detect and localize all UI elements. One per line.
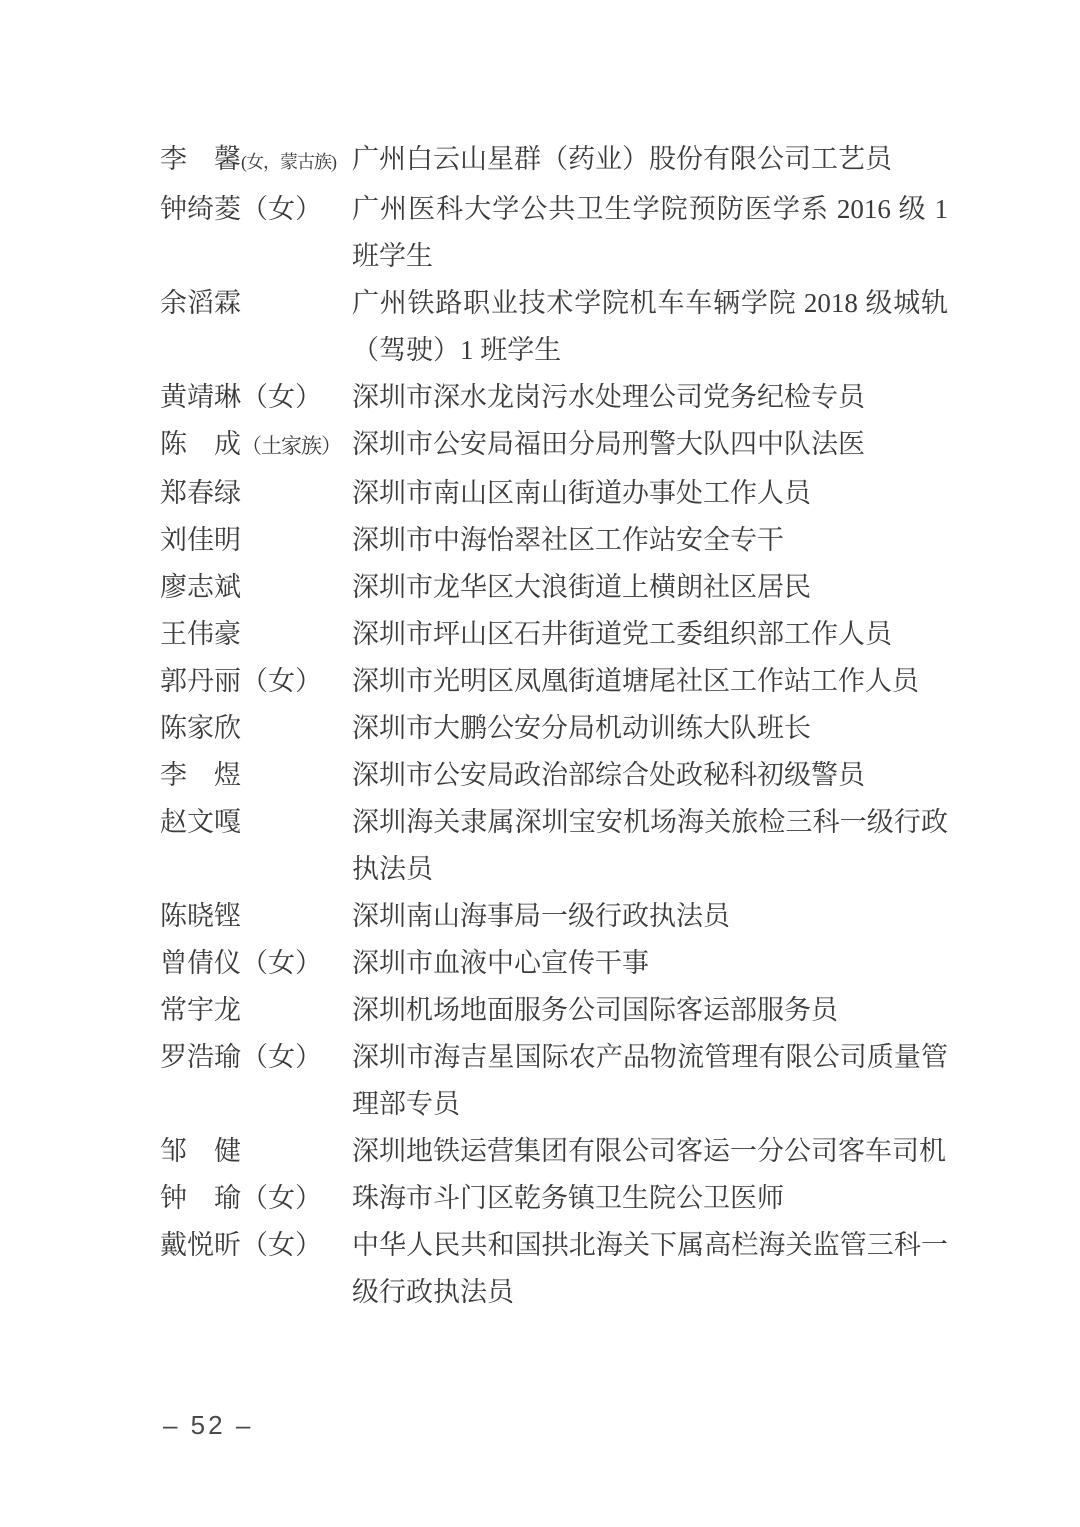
person-name-text: 邹 健 xyxy=(160,1136,241,1166)
person-annotation: （土家族） xyxy=(241,434,341,458)
person-name-text: 李 馨 xyxy=(160,144,241,174)
list-item: 李 馨(女，蒙古族) 广州白云山星群（药业）股份有限公司工艺员 xyxy=(160,136,950,186)
person-title: 深圳地铁运营集团有限公司客运一分公司客车司机 xyxy=(352,1128,948,1175)
person-name-text: 陈 成 xyxy=(160,429,241,459)
person-title: 深圳市大鹏公安分局机动训练大队班长 xyxy=(352,705,948,752)
list-item: 钟绮菱（女） 广州医科大学公共卫生学院预防医学系 2016 级 1 班学生 xyxy=(160,186,950,280)
person-name-text: 钟 瑜 xyxy=(160,1183,241,1213)
list-item: 邹 健 深圳地铁运营集团有限公司客运一分公司客车司机 xyxy=(160,1128,950,1175)
recipient-list: 李 馨(女，蒙古族) 广州白云山星群（药业）股份有限公司工艺员 钟绮菱（女） 广… xyxy=(160,136,950,1316)
list-item: 郑春绿 深圳市南山区南山街道办事处工作人员 xyxy=(160,470,950,517)
person-title: 深圳市深水龙岗污水处理公司党务纪检专员 xyxy=(352,374,948,421)
person-name: 郭丹丽（女） xyxy=(160,658,352,705)
person-title: 深圳市中海怡翠社区工作站安全专干 xyxy=(352,517,948,564)
list-item: 陈家欣 深圳市大鹏公安分局机动训练大队班长 xyxy=(160,705,950,752)
person-title: 广州医科大学公共卫生学院预防医学系 2016 级 1 班学生 xyxy=(352,186,948,280)
list-item: 戴悦昕（女） 中华人民共和国拱北海关下属高栏海关监管三科一级行政执法员 xyxy=(160,1222,950,1316)
list-item: 余滔霖 广州铁路职业技术学院机车车辆学院 2018 级城轨（驾驶）1 班学生 xyxy=(160,280,950,374)
person-name-text: 罗浩瑜 xyxy=(160,1042,241,1072)
person-title: 广州铁路职业技术学院机车车辆学院 2018 级城轨（驾驶）1 班学生 xyxy=(352,280,948,374)
list-item: 王伟豪 深圳市坪山区石井街道党工委组织部工作人员 xyxy=(160,611,950,658)
person-name: 罗浩瑜（女） xyxy=(160,1034,352,1081)
person-name: 陈家欣 xyxy=(160,705,352,752)
person-name-text: 常宇龙 xyxy=(160,995,241,1025)
person-name: 余滔霖 xyxy=(160,280,352,327)
person-name: 常宇龙 xyxy=(160,987,352,1034)
person-name: 李 馨(女，蒙古族) xyxy=(160,136,352,186)
person-name: 王伟豪 xyxy=(160,611,352,658)
person-name-text: 钟绮菱 xyxy=(160,194,241,224)
list-item: 陈晓铿 深圳南山海事局一级行政执法员 xyxy=(160,893,950,940)
list-item: 钟 瑜（女） 珠海市斗门区乾务镇卫生院公卫医师 xyxy=(160,1175,950,1222)
person-name: 郑春绿 xyxy=(160,470,352,517)
list-item: 罗浩瑜（女） 深圳市海吉星国际农产品物流管理有限公司质量管理部专员 xyxy=(160,1034,950,1128)
person-annotation: （女） xyxy=(241,194,322,224)
list-item: 赵文嘎 深圳海关隶属深圳宝安机场海关旅检三科一级行政执法员 xyxy=(160,799,950,893)
list-item: 刘佳明 深圳市中海怡翠社区工作站安全专干 xyxy=(160,517,950,564)
person-title: 深圳市坪山区石井街道党工委组织部工作人员 xyxy=(352,611,948,658)
person-name: 邹 健 xyxy=(160,1128,352,1175)
person-name-text: 李 煜 xyxy=(160,760,241,790)
person-name-text: 黄靖琳 xyxy=(160,382,241,412)
person-annotation: （女） xyxy=(241,382,322,412)
person-name: 曾倩仪（女） xyxy=(160,940,352,987)
person-annotation: （女） xyxy=(241,666,322,696)
person-name-text: 戴悦昕 xyxy=(160,1230,241,1260)
person-title: 深圳市光明区凤凰街道塘尾社区工作站工作人员 xyxy=(352,658,948,705)
person-title: 深圳南山海事局一级行政执法员 xyxy=(352,893,948,940)
person-title: 深圳海关隶属深圳宝安机场海关旅检三科一级行政执法员 xyxy=(352,799,948,893)
person-name-text: 郭丹丽 xyxy=(160,666,241,696)
person-name: 钟绮菱（女） xyxy=(160,186,352,233)
person-name-text: 曾倩仪 xyxy=(160,948,241,978)
person-name: 陈晓铿 xyxy=(160,893,352,940)
list-item: 廖志斌 深圳市龙华区大浪街道上横朗社区居民 xyxy=(160,564,950,611)
person-name: 戴悦昕（女） xyxy=(160,1222,352,1269)
page-number: – 52 – xyxy=(163,1410,253,1441)
person-name-text: 刘佳明 xyxy=(160,525,241,555)
list-item: 常宇龙 深圳机场地面服务公司国际客运部服务员 xyxy=(160,987,950,1034)
list-item: 李 煜 深圳市公安局政治部综合处政秘科初级警员 xyxy=(160,752,950,799)
list-item: 曾倩仪（女） 深圳市血液中心宣传干事 xyxy=(160,940,950,987)
person-title: 深圳市血液中心宣传干事 xyxy=(352,940,948,987)
person-annotation: （女） xyxy=(241,1042,322,1072)
person-annotation: (女，蒙古族) xyxy=(241,152,336,172)
person-name-text: 赵文嘎 xyxy=(160,807,241,837)
person-annotation: （女） xyxy=(241,948,322,978)
person-name: 刘佳明 xyxy=(160,517,352,564)
person-title: 深圳市南山区南山街道办事处工作人员 xyxy=(352,470,948,517)
person-title: 深圳市公安局政治部综合处政秘科初级警员 xyxy=(352,752,948,799)
list-item: 黄靖琳（女） 深圳市深水龙岗污水处理公司党务纪检专员 xyxy=(160,374,950,421)
person-title: 深圳市龙华区大浪街道上横朗社区居民 xyxy=(352,564,948,611)
person-name: 黄靖琳（女） xyxy=(160,374,352,421)
person-title: 深圳市海吉星国际农产品物流管理有限公司质量管理部专员 xyxy=(352,1034,948,1128)
person-name-text: 郑春绿 xyxy=(160,478,241,508)
person-annotation: （女） xyxy=(241,1230,322,1260)
person-name-text: 余滔霖 xyxy=(160,288,241,318)
person-name: 廖志斌 xyxy=(160,564,352,611)
person-name-text: 陈家欣 xyxy=(160,713,241,743)
person-name-text: 王伟豪 xyxy=(160,619,241,649)
person-title: 广州白云山星群（药业）股份有限公司工艺员 xyxy=(352,136,948,183)
person-annotation: （女） xyxy=(241,1183,322,1213)
person-name: 李 煜 xyxy=(160,752,352,799)
document-page: 李 馨(女，蒙古族) 广州白云山星群（药业）股份有限公司工艺员 钟绮菱（女） 广… xyxy=(0,0,1080,1527)
list-item: 陈 成（土家族） 深圳市公安局福田分局刑警大队四中队法医 xyxy=(160,421,950,470)
person-name: 赵文嘎 xyxy=(160,799,352,846)
list-item: 郭丹丽（女） 深圳市光明区凤凰街道塘尾社区工作站工作人员 xyxy=(160,658,950,705)
person-title: 深圳市公安局福田分局刑警大队四中队法医 xyxy=(352,421,948,468)
person-title: 深圳机场地面服务公司国际客运部服务员 xyxy=(352,987,948,1034)
person-name-text: 廖志斌 xyxy=(160,572,241,602)
person-name: 钟 瑜（女） xyxy=(160,1175,352,1222)
person-name-text: 陈晓铿 xyxy=(160,901,241,931)
person-title: 中华人民共和国拱北海关下属高栏海关监管三科一级行政执法员 xyxy=(352,1222,948,1316)
person-title: 珠海市斗门区乾务镇卫生院公卫医师 xyxy=(352,1175,948,1222)
person-name: 陈 成（土家族） xyxy=(160,421,352,470)
